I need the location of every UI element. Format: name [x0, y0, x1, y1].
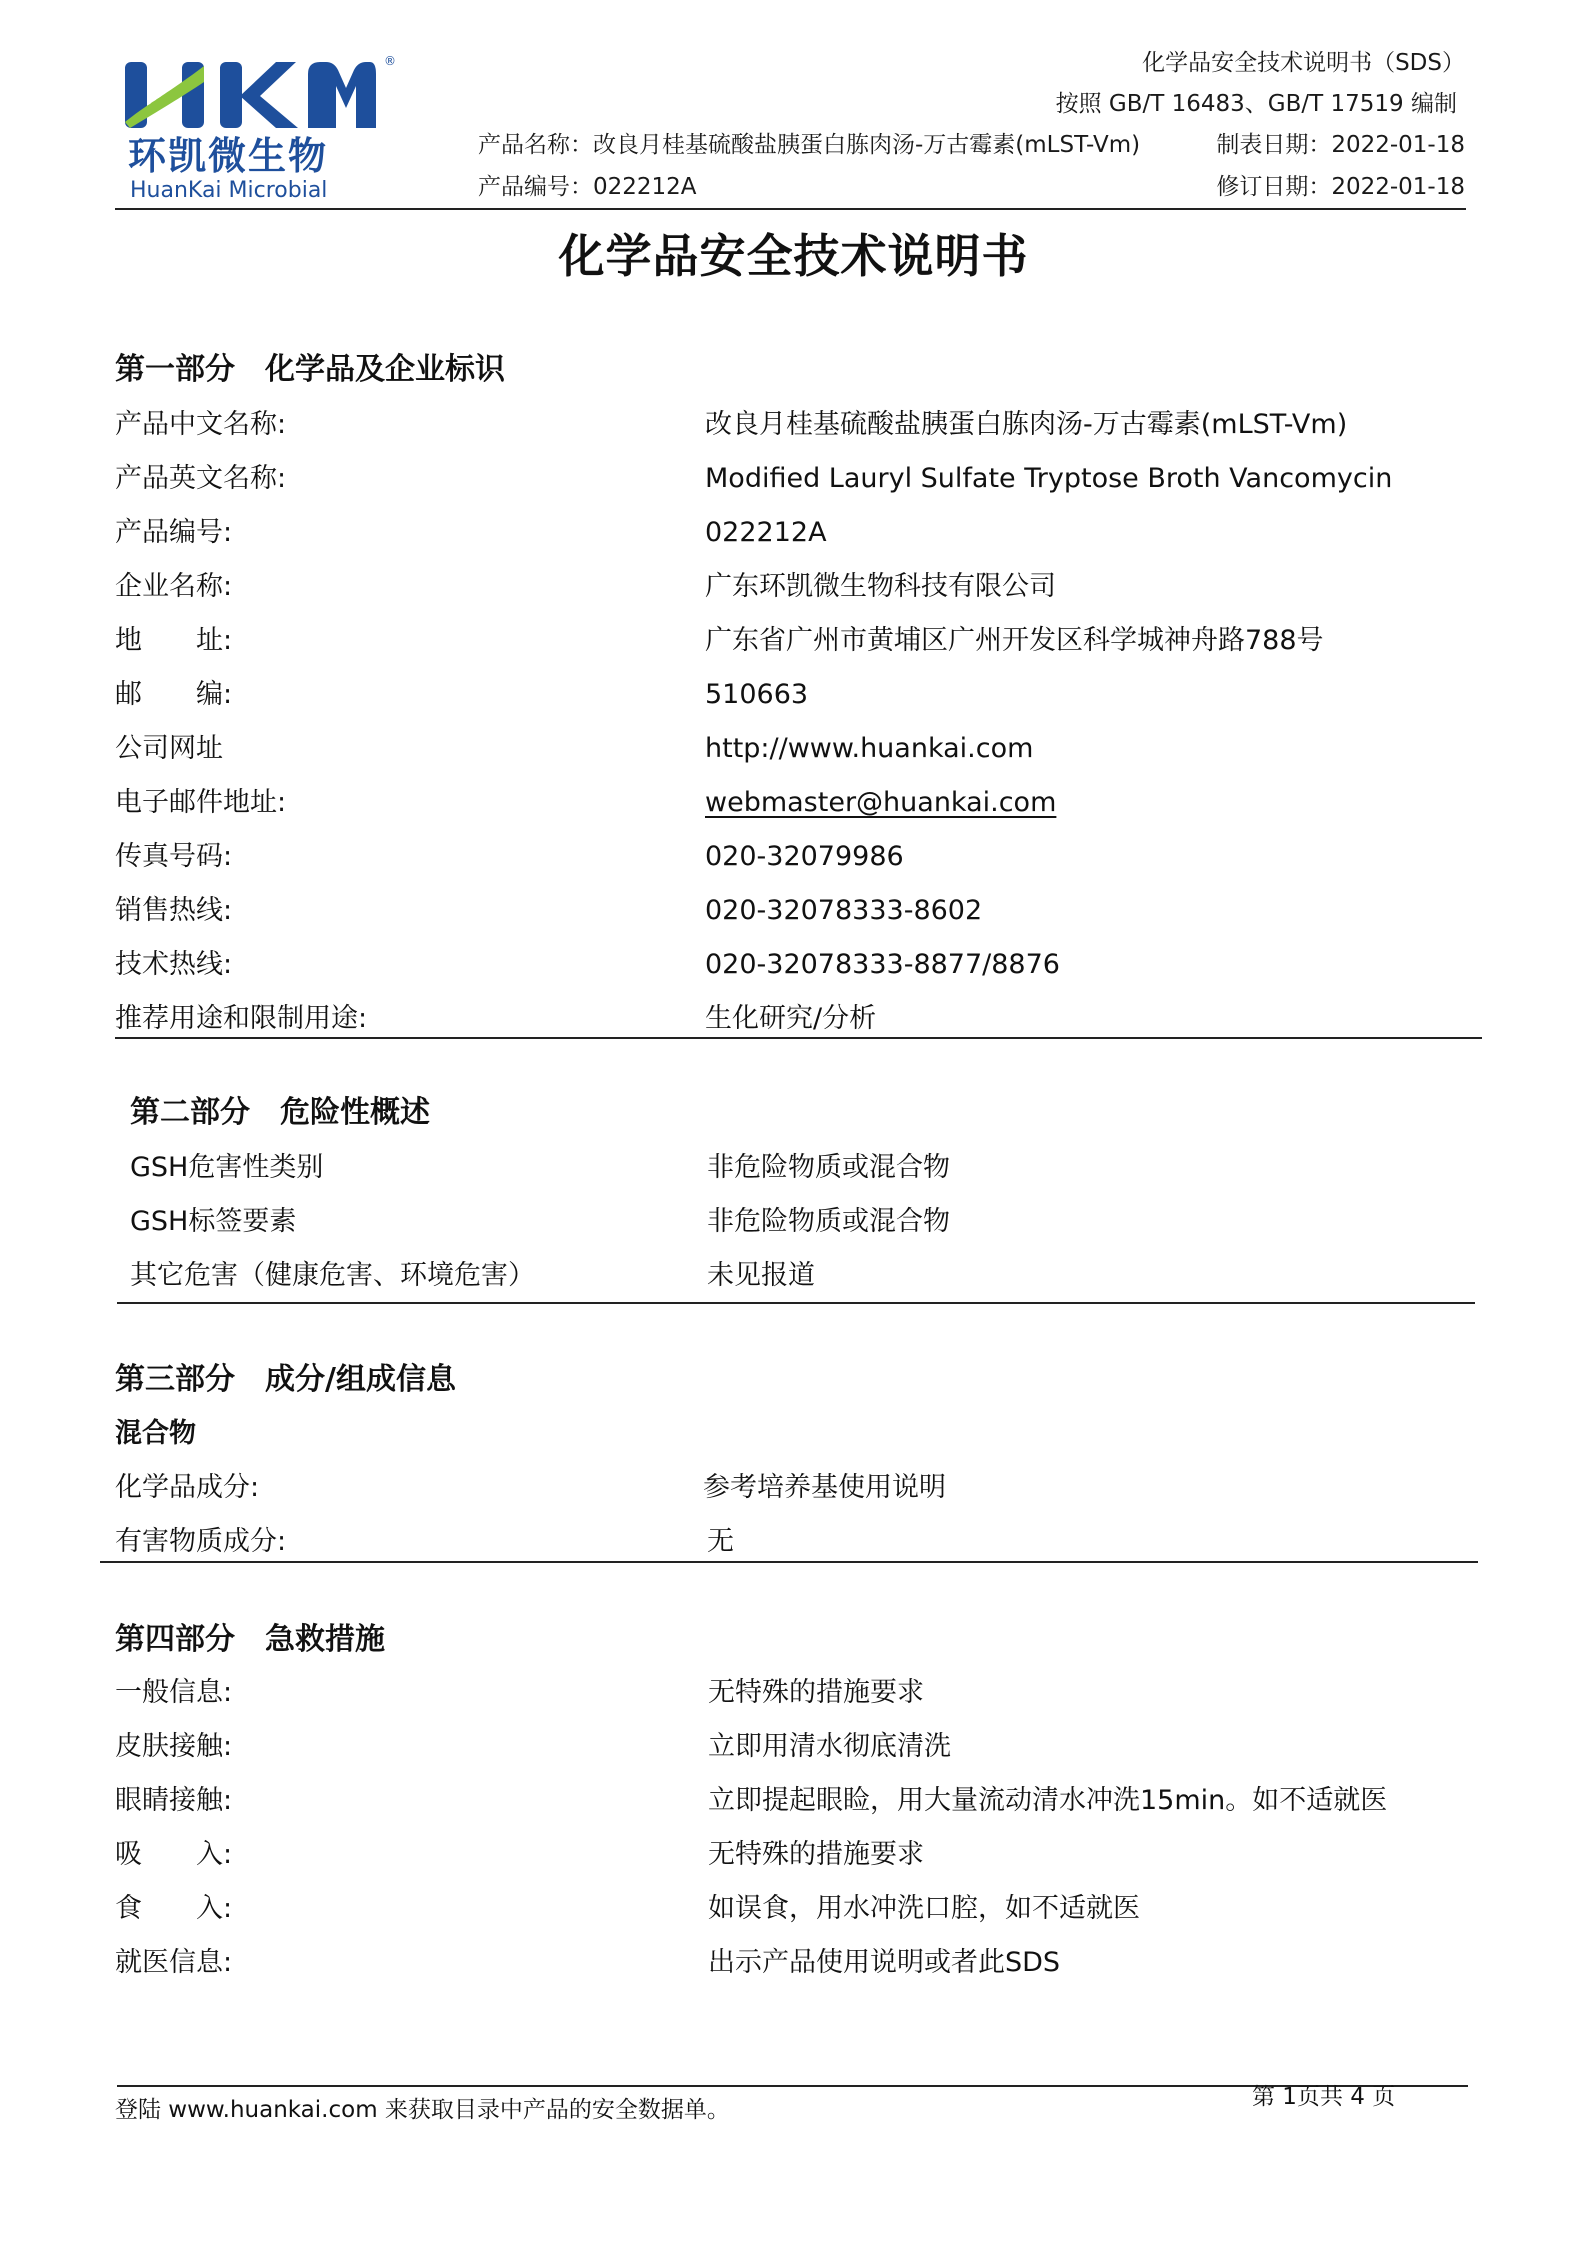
row-label: 化学品成分:	[115, 1470, 259, 1506]
row-label: 产品中文名称:	[115, 407, 286, 443]
header-product-code: 产品编号：022212A	[478, 172, 697, 202]
row-label: 技术热线:	[115, 947, 232, 983]
logo-chinese-name: 环凯微生物	[128, 134, 328, 178]
row-label: 食 入:	[115, 1891, 232, 1927]
row-label: 邮 编:	[115, 677, 232, 713]
row-value: 022212A	[705, 515, 827, 551]
hkm-logo-mark-icon	[120, 52, 380, 132]
website-link[interactable]: http://www.huankai.com	[705, 731, 1033, 767]
section-2-divider	[117, 1302, 1475, 1304]
row-label: 企业名称:	[115, 569, 232, 605]
header-revised-date: 修订日期：2022-01-18	[1216, 172, 1465, 202]
row-value: 510663	[705, 677, 808, 713]
section-3-divider	[100, 1561, 1478, 1563]
footer-note: 登陆 www.huankai.com 来获取目录中产品的安全数据单。	[115, 2095, 730, 2125]
row-value: 改良月桂基硫酸盐胰蛋白胨肉汤-万古霉素(mLST-Vm)	[705, 407, 1347, 443]
row-value: 广东省广州市黄埔区广州开发区科学城神舟路788号	[705, 623, 1324, 659]
page-number: 第 1页共 4 页	[1252, 2082, 1395, 2112]
created-date-value: 2022-01-18	[1331, 132, 1465, 158]
revised-date-value: 2022-01-18	[1331, 174, 1465, 200]
row-label: 传真号码:	[115, 839, 232, 875]
row-value: 无	[707, 1524, 734, 1560]
section-3-subheading: 混合物	[115, 1416, 196, 1452]
header-product-name: 产品名称：改良月桂基硫酸盐胰蛋白胨肉汤-万古霉素(mLST-Vm)	[478, 130, 1140, 160]
row-value: 020-32079986	[705, 839, 904, 875]
row-label: 产品英文名称:	[115, 461, 286, 497]
row-value: 立即提起眼睑，用大量流动清水冲洗15min。如不适就医	[708, 1783, 1387, 1819]
header-created-date: 制表日期：2022-01-18	[1216, 130, 1465, 160]
page-title: 化学品安全技术说明书	[0, 228, 1587, 284]
row-label: GSH标签要素	[130, 1204, 296, 1240]
row-value: 无特殊的措施要求	[708, 1837, 924, 1873]
row-value: 020-32078333-8877/8876	[705, 947, 1060, 983]
row-value: 非危险物质或混合物	[707, 1204, 950, 1240]
row-value: 参考培养基使用说明	[703, 1470, 946, 1506]
row-label: 推荐用途和限制用途:	[115, 1001, 367, 1037]
registered-mark: ®	[384, 54, 396, 68]
section-3-heading: 第三部分 成分/组成信息	[115, 1360, 456, 1400]
logo-english-name: HuanKai Microbial	[130, 178, 327, 204]
row-value: 非危险物质或混合物	[707, 1150, 950, 1186]
company-logo: ® 环凯微生物 HuanKai Microbial	[120, 52, 410, 202]
row-value: 生化研究/分析	[705, 1001, 876, 1037]
doc-type-label: 化学品安全技术说明书（SDS）	[1142, 48, 1465, 78]
row-label: 公司网址	[115, 731, 223, 767]
header-divider	[115, 208, 1466, 210]
row-label: 就医信息:	[115, 1945, 232, 1981]
created-date-label: 制表日期：	[1216, 132, 1331, 158]
standard-label: 按照 GB/T 16483、GB/T 17519 编制	[1056, 89, 1457, 119]
row-value: 无特殊的措施要求	[708, 1675, 924, 1711]
row-label: 销售热线:	[115, 893, 232, 929]
email-link[interactable]: webmaster@huankai.com	[705, 785, 1056, 821]
section-4-heading: 第四部分 急救措施	[115, 1620, 385, 1660]
product-code-value: 022212A	[593, 174, 697, 200]
row-value: 立即用清水彻底清洗	[708, 1729, 951, 1765]
row-label: 有害物质成分:	[115, 1524, 286, 1560]
row-label: 其它危害（健康危害、环境危害）	[130, 1258, 535, 1294]
row-value: 如误食，用水冲洗口腔，如不适就医	[708, 1891, 1140, 1927]
row-value: 020-32078333-8602	[705, 893, 982, 929]
row-value: 出示产品使用说明或者此SDS	[708, 1945, 1060, 1981]
section-1-divider	[115, 1037, 1482, 1039]
section-2-heading: 第二部分 危险性概述	[130, 1093, 430, 1133]
revised-date-label: 修订日期：	[1216, 174, 1331, 200]
row-label: 地 址:	[115, 623, 232, 659]
product-code-label: 产品编号：	[478, 174, 593, 200]
row-label: 一般信息:	[115, 1675, 232, 1711]
row-label: 吸 入:	[115, 1837, 232, 1873]
row-label: 眼睛接触:	[115, 1783, 232, 1819]
row-label: GSH危害性类别	[130, 1150, 323, 1186]
row-label: 电子邮件地址:	[115, 785, 286, 821]
product-name-label: 产品名称：	[478, 132, 593, 158]
row-value: 广东环凯微生物科技有限公司	[705, 569, 1056, 605]
row-value: 未见报道	[707, 1258, 815, 1294]
row-label: 产品编号:	[115, 515, 232, 551]
row-label: 皮肤接触:	[115, 1729, 232, 1765]
product-name-value: 改良月桂基硫酸盐胰蛋白胨肉汤-万古霉素(mLST-Vm)	[593, 132, 1140, 158]
section-1-heading: 第一部分 化学品及企业标识	[115, 350, 505, 390]
row-value: Modified Lauryl Sulfate Tryptose Broth V…	[705, 461, 1392, 497]
